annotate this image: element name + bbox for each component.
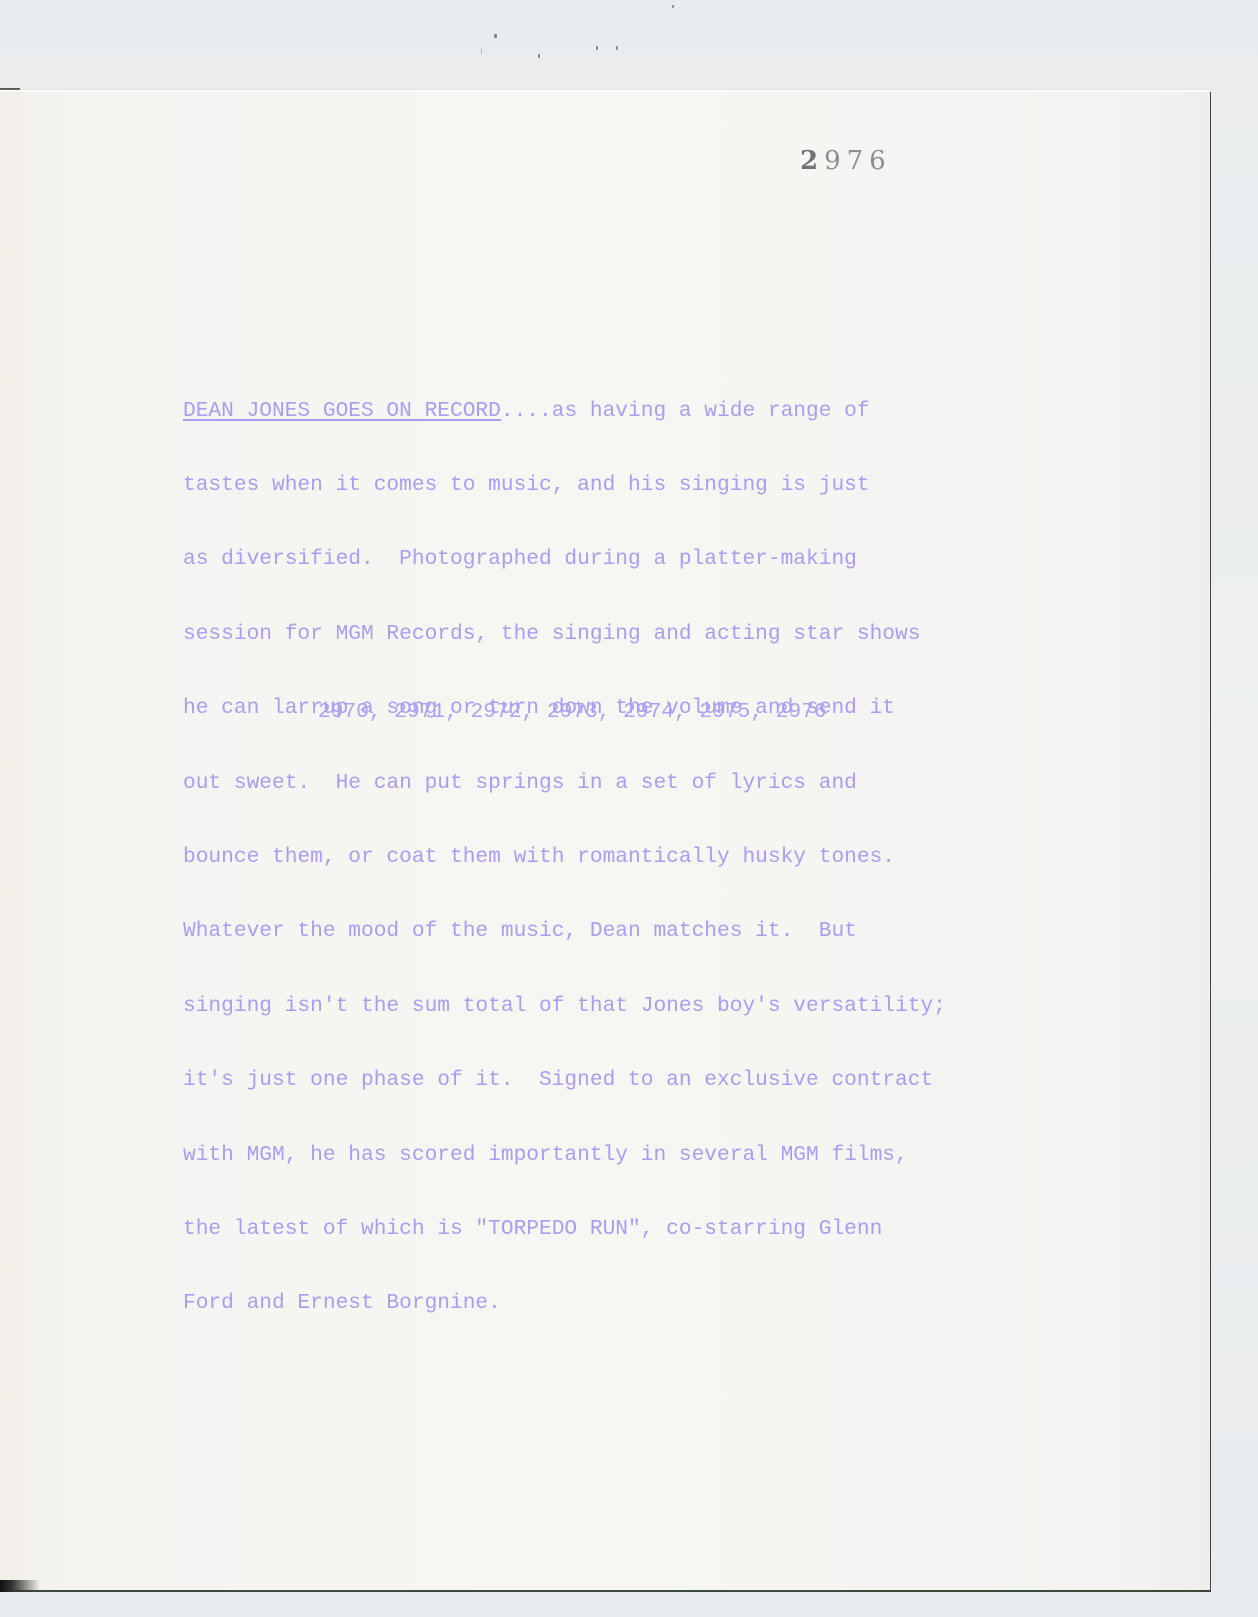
caption-line: session for MGM Records, the singing and… — [183, 622, 946, 647]
stamp-digits-rest: 976 — [824, 146, 892, 176]
scan-dust-mark — [672, 5, 674, 8]
caption-line: DEAN JONES GOES ON RECORD....as having a… — [183, 399, 946, 424]
caption-line: Whatever the mood of the music, Dean mat… — [183, 919, 946, 944]
scan-dust-mark — [494, 34, 497, 38]
photo-reference-numbers: 2970, 2971, 2972, 2973, 2974, 2975, 2976 — [318, 700, 827, 724]
scan-dust-mark — [481, 48, 482, 54]
caption-line: as diversified. Photographed during a pl… — [183, 547, 946, 572]
caption-line-text: ....as having a wide range of — [501, 399, 870, 423]
photo-stamp-number: 2976 — [800, 146, 892, 176]
caption-line: Ford and Ernest Borgnine. — [183, 1291, 946, 1316]
caption-headline: DEAN JONES GOES ON RECORD — [183, 399, 501, 423]
caption-line: out sweet. He can put springs in a set o… — [183, 771, 946, 796]
caption-line: it's just one phase of it. Signed to an … — [183, 1068, 946, 1093]
stamp-digit-first: 2 — [800, 146, 824, 176]
scan-dust-mark — [616, 46, 618, 50]
scan-dust-mark — [538, 54, 540, 58]
caption-line: the latest of which is "TORPEDO RUN", co… — [183, 1217, 946, 1242]
caption-body: DEAN JONES GOES ON RECORD....as having a… — [183, 349, 946, 1341]
scan-dust-mark — [596, 46, 598, 50]
caption-line: with MGM, he has scored importantly in s… — [183, 1143, 946, 1168]
caption-line: singing isn't the sum total of that Jone… — [183, 994, 946, 1019]
sheet-shadow-edge — [0, 1580, 40, 1592]
caption-line: tastes when it comes to music, and his s… — [183, 473, 946, 498]
caption-line: bounce them, or coat them with romantica… — [183, 845, 946, 870]
